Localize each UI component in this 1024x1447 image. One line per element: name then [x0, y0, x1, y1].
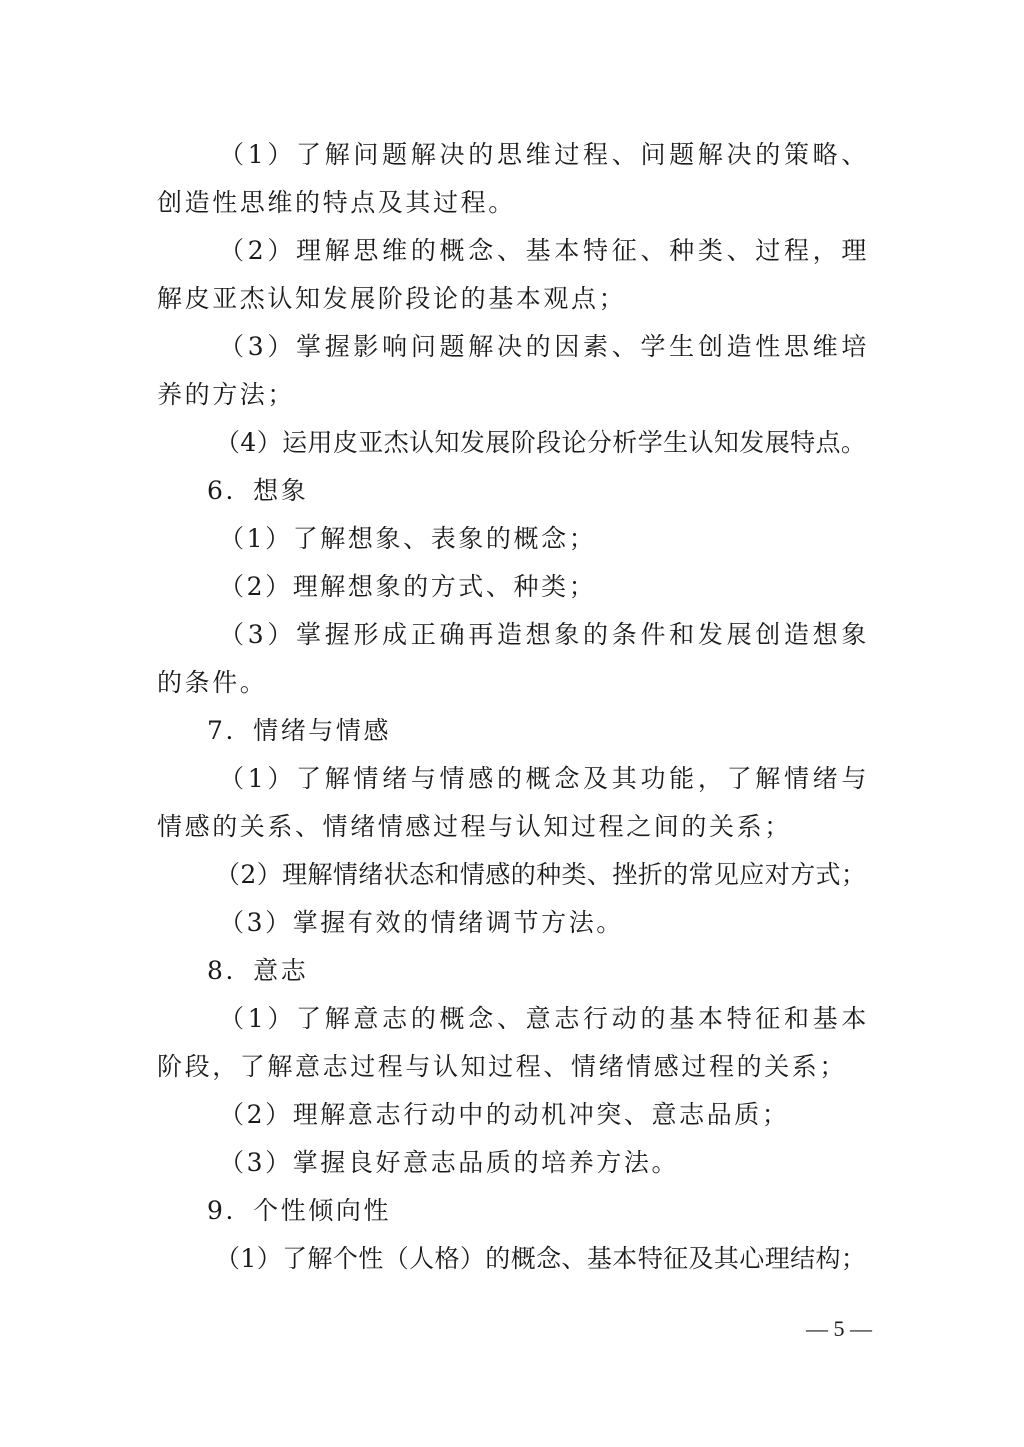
- list-item: （2）理解意志行动中的动机冲突、意志品质；: [157, 1091, 869, 1139]
- section-heading: 6．想象: [157, 467, 869, 515]
- list-item: （1）了解意志的概念、意志行动的基本特征和基本阶段，了解意志过程与认知过程、情绪…: [157, 995, 869, 1091]
- list-item: （2）理解情绪状态和情感的种类、挫折的常见应对方式；: [157, 851, 869, 899]
- document-page: （1）了解问题解决的思维过程、问题解决的策略、创造性思维的特点及其过程。 （2）…: [157, 131, 869, 1283]
- list-item: （1）了解个性（人格）的概念、基本特征及其心理结构；: [157, 1235, 869, 1283]
- list-item: （3）掌握影响问题解决的因素、学生创造性思维培养的方法；: [157, 323, 869, 419]
- section-heading: 7．情绪与情感: [157, 707, 869, 755]
- section-heading: 9．个性倾向性: [157, 1187, 869, 1235]
- list-item: （3）掌握形成正确再造想象的条件和发展创造想象的条件。: [157, 611, 869, 707]
- list-item: （1）了解问题解决的思维过程、问题解决的策略、创造性思维的特点及其过程。: [157, 131, 869, 227]
- list-item: （1）了解想象、表象的概念；: [157, 515, 869, 563]
- list-item: （2）理解思维的概念、基本特征、种类、过程，理解皮亚杰认知发展阶段论的基本观点；: [157, 227, 869, 323]
- list-item: （4）运用皮亚杰认知发展阶段论分析学生认知发展特点。: [157, 419, 869, 467]
- list-item: （3）掌握有效的情绪调节方法。: [157, 899, 869, 947]
- section-heading: 8．意志: [157, 947, 869, 995]
- list-item: （2）理解想象的方式、种类；: [157, 563, 869, 611]
- page-number: — 5 —: [806, 1316, 876, 1342]
- list-item: （1）了解情绪与情感的概念及其功能，了解情绪与情感的关系、情绪情感过程与认知过程…: [157, 755, 869, 851]
- list-item: （3）掌握良好意志品质的培养方法。: [157, 1139, 869, 1187]
